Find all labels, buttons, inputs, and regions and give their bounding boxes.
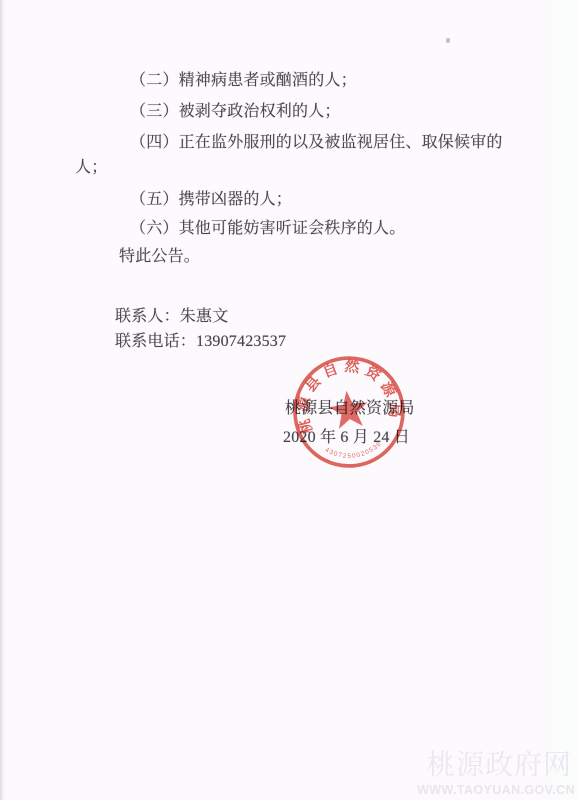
contact-person: 联系人：朱惠文 <box>115 308 228 326</box>
notice-item-5: （五）携带凶器的人； <box>130 191 292 209</box>
notice-closing: 特此公告。 <box>119 248 200 266</box>
notice-item-6: （六）其他可能妨害听证会秩序的人。 <box>130 220 405 238</box>
notice-item-4-line2: 人； <box>75 159 107 177</box>
official-seal: 桃源县自然资源局 4307250020536 <box>284 347 413 476</box>
notice-item-3: （三）被剥夺政治权利的人； <box>130 103 341 121</box>
notice-item-4-line1: （四）正在监外服刑的以及被监视居住、取保候审的 <box>130 134 503 152</box>
contact-phone: 联系电话：13907423537 <box>115 333 286 351</box>
watermark-site-url: WWW.TAOYUAN.GOV.CN <box>417 783 575 797</box>
seal-star-icon <box>327 388 370 429</box>
scan-edge-shadow <box>0 0 4 800</box>
scanned-notice-page: （二）精神病患者或酗酒的人； （三）被剥夺政治权利的人； （四）正在监外服刑的以… <box>0 0 577 800</box>
scan-speck <box>446 38 450 43</box>
watermark-site-name: 桃源政府网 <box>427 751 572 781</box>
notice-item-2: （二）精神病患者或酗酒的人； <box>130 72 357 90</box>
